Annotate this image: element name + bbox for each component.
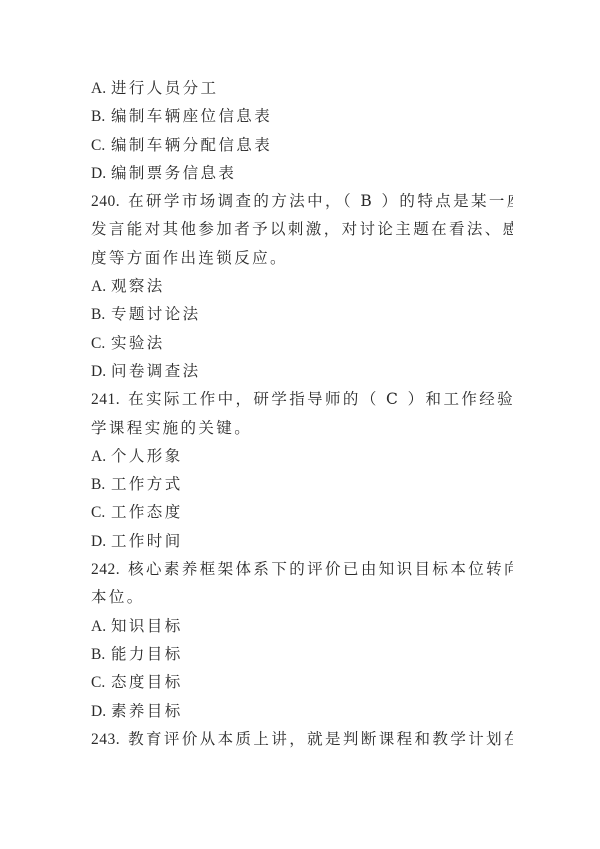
option-a: A.进行人员分工	[91, 74, 513, 102]
question-text: 在实际工作中，研学指导师的（ C ）和工作经验是组织研	[128, 390, 513, 408]
question-number: 240.	[91, 193, 120, 210]
question-240-line-1: 240.在研学市场调查的方法中，（ B ）的特点是某一座谈者的	[91, 187, 513, 215]
question-241-line-1: 241.在实际工作中，研学指导师的（ C ）和工作经验是组织研	[91, 385, 513, 413]
option-text: 实验法	[111, 334, 165, 352]
option-c: C.态度目标	[91, 668, 513, 696]
option-letter: D.	[91, 160, 111, 187]
option-letter: A.	[91, 443, 111, 470]
option-text: 观察法	[111, 277, 165, 295]
option-text: 知识目标	[111, 617, 183, 635]
question-number: 242.	[91, 561, 120, 578]
option-letter: B.	[91, 103, 111, 130]
option-a: A.个人形象	[91, 442, 513, 470]
option-letter: B.	[91, 641, 111, 668]
option-letter: D.	[91, 528, 111, 555]
option-letter: B.	[91, 301, 111, 328]
option-c: C.编制车辆分配信息表	[91, 131, 513, 159]
option-letter: C.	[91, 132, 111, 159]
option-c: C.工作态度	[91, 498, 513, 526]
option-a: A.观察法	[91, 272, 513, 300]
option-d: D.问卷调查法	[91, 357, 513, 385]
option-b: B.工作方式	[91, 470, 513, 498]
option-letter: A.	[91, 75, 111, 102]
option-text: 态度目标	[111, 673, 183, 691]
option-text: 工作方式	[111, 475, 183, 493]
question-240-line-2: 发言能对其他参加者予以刺激，对讨论主题在看法、感情、态	[91, 215, 513, 243]
question-242-line-2: 本位。	[91, 583, 513, 611]
option-letter: C.	[91, 330, 111, 357]
question-241-line-2: 学课程实施的关键。	[91, 414, 513, 442]
option-letter: C.	[91, 499, 111, 526]
option-letter: A.	[91, 613, 111, 640]
option-text: 能力目标	[111, 645, 183, 663]
option-text: 问卷调查法	[111, 362, 201, 380]
question-text: 在研学市场调查的方法中，（ B ）的特点是某一座谈者的	[128, 192, 513, 210]
question-text: 核心素养框架体系下的评价已由知识目标本位转向（ D ）	[128, 560, 513, 578]
question-number: 241.	[91, 391, 120, 408]
option-text: 工作时间	[111, 532, 183, 550]
option-text: 个人形象	[111, 447, 183, 465]
option-text: 进行人员分工	[111, 79, 218, 97]
option-a: A.知识目标	[91, 612, 513, 640]
option-d: D.编制票务信息表	[91, 159, 513, 187]
document-page: A.进行人员分工 B.编制车辆座位信息表 C.编制车辆分配信息表 D.编制票务信…	[91, 74, 513, 753]
option-letter: B.	[91, 471, 111, 498]
question-text: 教育评价从本质上讲，就是判断课程和教学计划在多大	[128, 730, 513, 748]
option-letter: D.	[91, 358, 111, 385]
option-text: 素养目标	[111, 702, 183, 720]
option-b: B.编制车辆座位信息表	[91, 102, 513, 130]
option-text: 专题讨论法	[111, 305, 201, 323]
option-b: B.能力目标	[91, 640, 513, 668]
option-text: 编制车辆分配信息表	[111, 136, 272, 154]
option-letter: D.	[91, 698, 111, 725]
option-b: B.专题讨论法	[91, 300, 513, 328]
option-text: 编制票务信息表	[111, 164, 236, 182]
question-240-line-3: 度等方面作出连锁反应。	[91, 244, 513, 272]
question-number: 243.	[91, 731, 120, 748]
option-c: C.实验法	[91, 329, 513, 357]
option-d: D.素养目标	[91, 697, 513, 725]
option-letter: A.	[91, 273, 111, 300]
question-242-line-1: 242.核心素养框架体系下的评价已由知识目标本位转向（ D ）	[91, 555, 513, 583]
option-text: 工作态度	[111, 503, 183, 521]
option-letter: C.	[91, 669, 111, 696]
option-text: 编制车辆座位信息表	[111, 107, 272, 125]
option-d: D.工作时间	[91, 527, 513, 555]
question-243-line-1: 243.教育评价从本质上讲，就是判断课程和教学计划在多大	[91, 725, 513, 753]
